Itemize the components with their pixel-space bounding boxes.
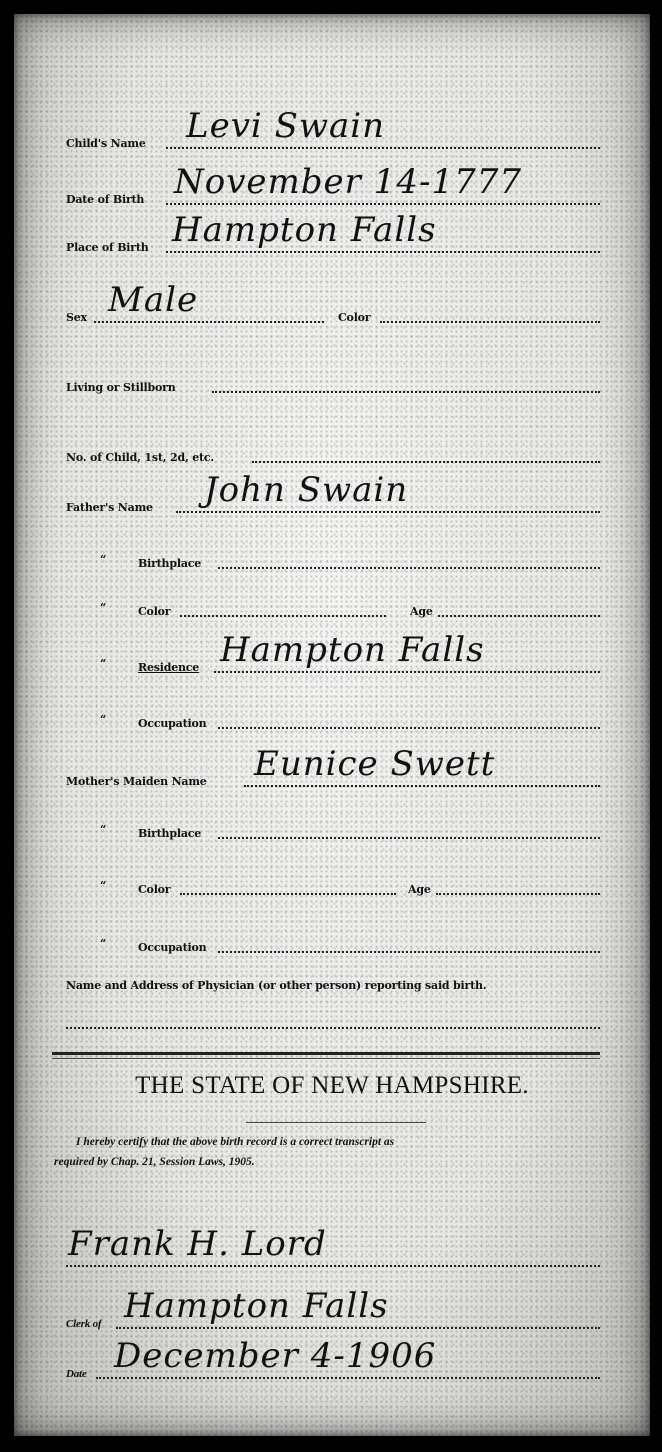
ditto-mark: “ [100, 601, 106, 614]
value-date-of-birth: November 14-1777 [174, 162, 522, 202]
field-no-of-child: No. of Child, 1st, 2d, etc. [54, 428, 600, 468]
label-father-occupation: Occupation [138, 717, 206, 730]
field-father-occupation: “ Occupation [54, 694, 600, 734]
field-living-or-stillborn: Living or Stillborn [54, 358, 600, 398]
certification-line-1: I hereby certify that the above birth re… [54, 1132, 602, 1152]
field-sex-color: Sex Male Color [54, 288, 600, 328]
heading-underline [246, 1122, 426, 1123]
value-sex: Male [108, 280, 198, 320]
value-father-name: John Swain [204, 470, 408, 510]
ditto-mark: “ [100, 553, 106, 566]
field-mother-occupation: “ Occupation [54, 918, 600, 958]
ditto-mark: “ [100, 713, 106, 726]
label-father-residence: Residence [138, 661, 199, 674]
field-mother-birthplace: “ Birthplace [54, 804, 600, 844]
ditto-mark: “ [100, 879, 106, 892]
field-date: Date December 4-1906 [54, 1344, 600, 1384]
label-no-of-child: No. of Child, 1st, 2d, etc. [66, 451, 214, 464]
field-mother-color-age: “ Color Age [54, 860, 600, 900]
birth-record-card: Child's Name Levi Swain Date of Birth No… [14, 14, 650, 1436]
field-father-name: Father's Name John Swain [54, 478, 600, 518]
label-father-birthplace: Birthplace [138, 557, 201, 570]
label-date: Date [66, 1368, 87, 1380]
label-physician: Name and Address of Physician (or other … [66, 979, 486, 992]
label-mother-color: Color [138, 883, 170, 896]
label-date-of-birth: Date of Birth [66, 193, 144, 206]
field-father-birthplace: “ Birthplace [54, 534, 600, 574]
field-father-residence: “ Residence Hampton Falls [54, 638, 600, 678]
field-clerk-of: Clerk of Hampton Falls [54, 1294, 600, 1334]
field-father-color-age: “ Color Age [54, 582, 600, 622]
value-date: December 4-1906 [114, 1336, 436, 1376]
label-child-name: Child's Name [66, 137, 146, 150]
label-mother-birthplace: Birthplace [138, 827, 201, 840]
label-clerk-of: Clerk of [66, 1318, 101, 1330]
label-living-or-stillborn: Living or Stillborn [66, 381, 176, 394]
section-divider [52, 1052, 600, 1055]
certification-line-2: required by Chap. 21, Session Laws, 1905… [54, 1152, 602, 1172]
ditto-mark: “ [100, 823, 106, 836]
label-mother-occupation: Occupation [138, 941, 206, 954]
value-clerk-of: Hampton Falls [124, 1286, 389, 1326]
label-mother-maiden-name: Mother's Maiden Name [66, 775, 207, 788]
label-mother-age: Age [408, 883, 431, 896]
ditto-mark: “ [100, 937, 106, 950]
label-sex: Sex [66, 311, 87, 324]
field-physician: Name and Address of Physician (or other … [54, 956, 600, 996]
field-child-name: Child's Name Levi Swain [54, 114, 600, 154]
field-mother-maiden-name: Mother's Maiden Name Eunice Swett [54, 752, 600, 792]
value-place-of-birth: Hampton Falls [172, 210, 437, 250]
field-date-of-birth: Date of Birth November 14-1777 [54, 170, 600, 210]
certification-statement: I hereby certify that the above birth re… [54, 1132, 602, 1172]
physician-line [54, 994, 600, 1034]
state-heading: THE STATE OF NEW HAMPSHIRE. [14, 1072, 650, 1100]
value-mother-maiden-name: Eunice Swett [254, 744, 495, 784]
field-signature: Frank H. Lord [54, 1232, 600, 1272]
value-father-residence: Hampton Falls [220, 630, 485, 670]
label-father-age: Age [410, 605, 433, 618]
label-father-name: Father's Name [66, 501, 153, 514]
label-color: Color [338, 311, 370, 324]
value-signature: Frank H. Lord [68, 1224, 327, 1264]
value-child-name: Levi Swain [186, 106, 385, 146]
ditto-mark: “ [100, 657, 106, 670]
label-place-of-birth: Place of Birth [66, 241, 149, 254]
label-father-color: Color [138, 605, 170, 618]
field-place-of-birth: Place of Birth Hampton Falls [54, 218, 600, 258]
section-divider-thin [52, 1058, 600, 1059]
